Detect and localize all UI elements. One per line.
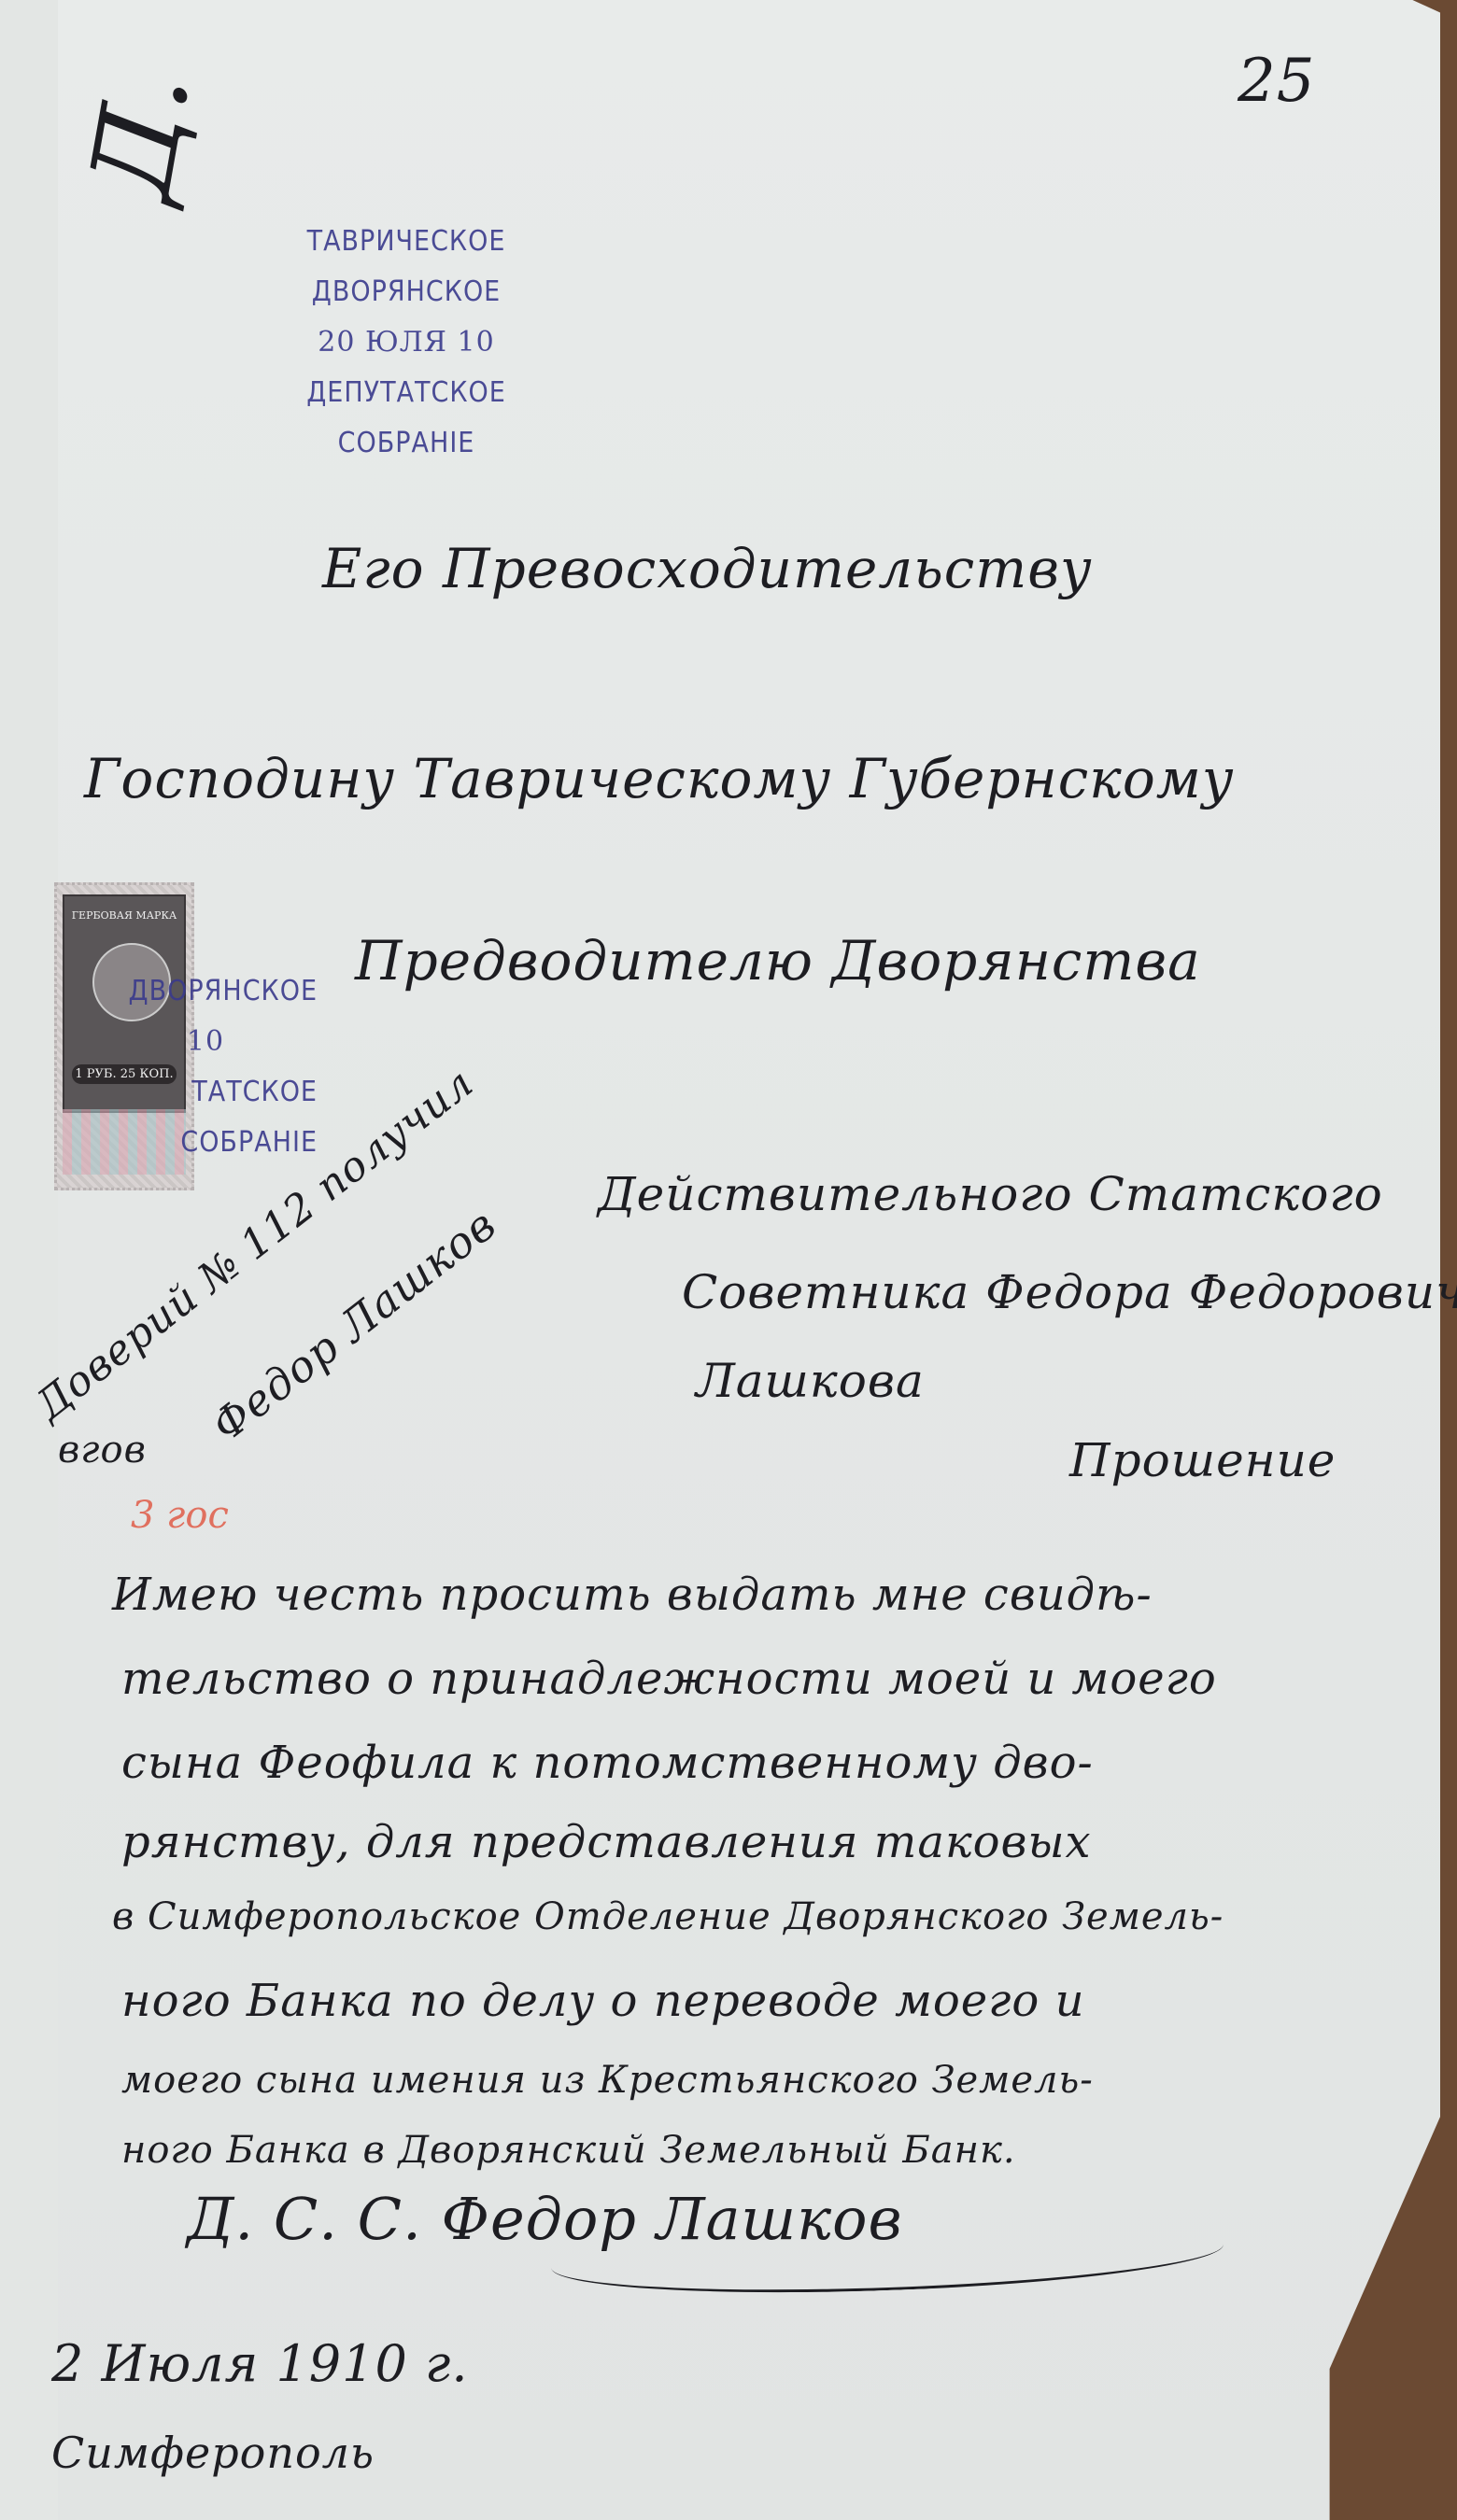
page-number: 25 xyxy=(1238,47,1315,116)
stamp-left-line-2: 10 xyxy=(93,1017,318,1067)
body-line-8: ного Банка в Дворянский Земельный Банк. xyxy=(121,2129,1016,2172)
date: 2 Июля 1910 г. xyxy=(51,2334,469,2393)
stamp-left-line-1: ДВОРЯНСКОЕ xyxy=(93,966,318,1017)
top-left-mark: Д. xyxy=(65,60,216,209)
stamp-line-1: ТАВРИЧЕСКОЕ ДВОРЯНСКОЕ xyxy=(238,217,574,317)
body-line-6: ного Банка по делу о переводе моего и xyxy=(121,1975,1085,2027)
nobility-assembly-stamp-left: ДВОРЯНСКОЕ 10 ТАТСКОЕ СОБРАНІЕ xyxy=(93,966,318,1168)
stamp-left-line-3: ТАТСКОЕ СОБРАНІЕ xyxy=(93,1067,318,1168)
sender-line-3: Лашкова xyxy=(696,1354,925,1408)
body-line-3: сына Феофила к потомственному дво- xyxy=(121,1737,1094,1789)
stamp-line-3: ДЕПУТАТСКОЕ СОБРАНІЕ xyxy=(238,368,574,469)
body-line-4: рянству, для представления таковых xyxy=(121,1816,1092,1868)
address-line-3: Предводителю Дворянства xyxy=(355,929,1201,993)
sender-line-1: Действительного Статского xyxy=(598,1167,1383,1221)
address-line-2: Господину Таврическому Губернскому xyxy=(84,747,1234,810)
place: Симферополь xyxy=(51,2428,375,2478)
address-line-1: Его Превосходительству xyxy=(322,537,1093,600)
body-line-5: в Симферопольское Отделение Дворянского … xyxy=(112,1895,1224,1938)
sender-line-2: Советника Федора Федоровича xyxy=(682,1265,1457,1319)
petition-heading: Прошение xyxy=(1069,1433,1336,1487)
body-line-2: тельство о принадлежности моей и моего xyxy=(121,1653,1217,1705)
revenue-stamp-title: ГЕРБОВАЯ МАРКА xyxy=(64,909,184,922)
nobility-assembly-stamp: ТАВРИЧЕСКОЕ ДВОРЯНСКОЕ 20 ЮЛЯ 10 ДЕПУТАТ… xyxy=(238,217,574,469)
margin-note-line-4: вгов xyxy=(58,1429,147,1471)
body-line-1: Имею честь просить выдать мне свидѣ- xyxy=(112,1569,1153,1621)
stamp-date: 20 ЮЛЯ 10 xyxy=(238,317,574,368)
body-line-7: моего сына имения из Крестьянского Земел… xyxy=(121,2059,1094,2102)
red-pencil-note: 3 гос xyxy=(131,1494,229,1537)
